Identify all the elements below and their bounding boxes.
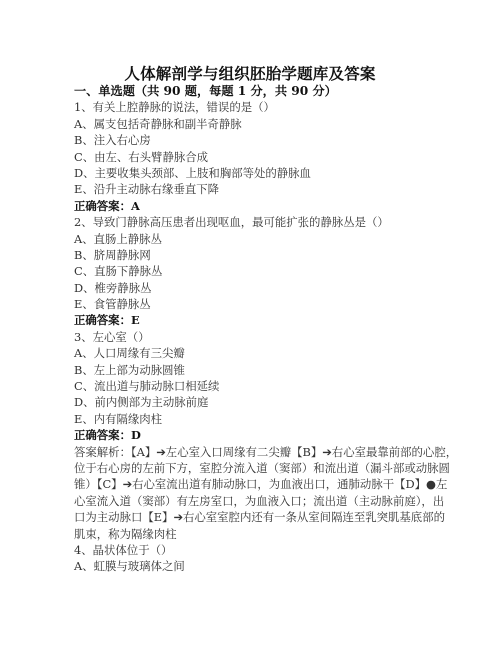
explanation-line: 口为主动脉口【E】➔右心室室腔内还有一条从室间隔连至乳突肌基底部的 <box>74 509 436 525</box>
explanation-line: 肌束，称为隔缘肉柱 <box>74 526 436 542</box>
option-a: A、属支包括奇静脉和副半奇静脉 <box>74 116 436 132</box>
explanation-line: 位于右心房的左前下方，室腔分流入道（窦部）和流出道（漏斗部或动脉圆 <box>74 460 436 476</box>
option-e: E、内有隔缘肉柱 <box>74 411 436 427</box>
option-d: D、前内侧部为主动脉前庭 <box>74 394 436 410</box>
answer-explanation: 答案解析：【A】➔左心室入口周缘有二尖瓣【B】➔右心室最靠前部的心腔， 位于右心… <box>74 444 436 542</box>
question-stem: 3、左心室（） <box>74 329 436 345</box>
question-3: 3、左心室（） A、人口周缘有三尖瓣 B、左上部为动脉圆锥 C、流出道与肺动脉口… <box>74 329 436 542</box>
correct-answer: 正确答案：E <box>74 312 436 328</box>
option-c: C、流出道与肺动脉口相延续 <box>74 378 436 394</box>
answer-label: 正确答案： <box>74 428 131 442</box>
correct-answer: 正确答案：A <box>74 198 436 214</box>
option-a: A、直肠上静脉丛 <box>74 231 436 247</box>
option-d: D、主要收集头颈部、上肢和胸部等处的静脉血 <box>74 165 436 181</box>
section-heading: 一、单选题（共 90 题，每题 1 分，共 90 分） <box>74 83 436 99</box>
question-1: 1、有关上腔静脉的说法，错误的是（） A、属支包括奇静脉和副半奇静脉 B、注入右… <box>74 99 436 214</box>
explanation-line: 锥）【C】➔右心室流出道有肺动脉口，为血液出口，通肺动脉干【D】●左 <box>74 476 436 492</box>
answer-label: 正确答案： <box>74 313 131 327</box>
option-c: C、直肠下静脉丛 <box>74 263 436 279</box>
answer-value: A <box>131 199 140 213</box>
answer-label: 正确答案： <box>74 199 131 213</box>
option-a: A、人口周缘有三尖瓣 <box>74 345 436 361</box>
explanation-line: 答案解析：【A】➔左心室入口周缘有二尖瓣【B】➔右心室最靠前部的心腔， <box>74 444 436 460</box>
document-body: 一、单选题（共 90 题，每题 1 分，共 90 分） 1、有关上腔静脉的说法，… <box>74 83 436 575</box>
option-e: E、沿升主动脉右缘垂直下降 <box>74 181 436 197</box>
question-2: 2、导致门静脉高压患者出现呕血，最可能扩张的静脉丛是（） A、直肠上静脉丛 B、… <box>74 214 436 329</box>
question-stem: 2、导致门静脉高压患者出现呕血，最可能扩张的静脉丛是（） <box>74 214 436 230</box>
question-stem: 1、有关上腔静脉的说法，错误的是（） <box>74 99 436 115</box>
explanation-line: 心室流入道（窦部）有左房室口，为血液入口；流出道（主动脉前庭），出 <box>74 493 436 509</box>
document-title: 人体解剖学与组织胚胎学题库及答案 <box>0 64 500 84</box>
option-a: A、虹膜与玻璃体之间 <box>74 558 436 574</box>
option-b: B、注入右心房 <box>74 132 436 148</box>
question-4: 4、晶状体位于（） A、虹膜与玻璃体之间 <box>74 542 436 575</box>
document-page: 人体解剖学与组织胚胎学题库及答案 一、单选题（共 90 题，每题 1 分，共 9… <box>0 0 500 647</box>
correct-answer: 正确答案：D <box>74 427 436 443</box>
option-c: C、由左、右头臂静脉合成 <box>74 149 436 165</box>
answer-value: E <box>131 313 140 327</box>
answer-value: D <box>131 428 141 442</box>
option-b: B、脐周静脉网 <box>74 247 436 263</box>
question-stem: 4、晶状体位于（） <box>74 542 436 558</box>
option-e: E、食管静脉丛 <box>74 296 436 312</box>
option-b: B、左上部为动脉圆锥 <box>74 362 436 378</box>
option-d: D、椎旁静脉丛 <box>74 280 436 296</box>
